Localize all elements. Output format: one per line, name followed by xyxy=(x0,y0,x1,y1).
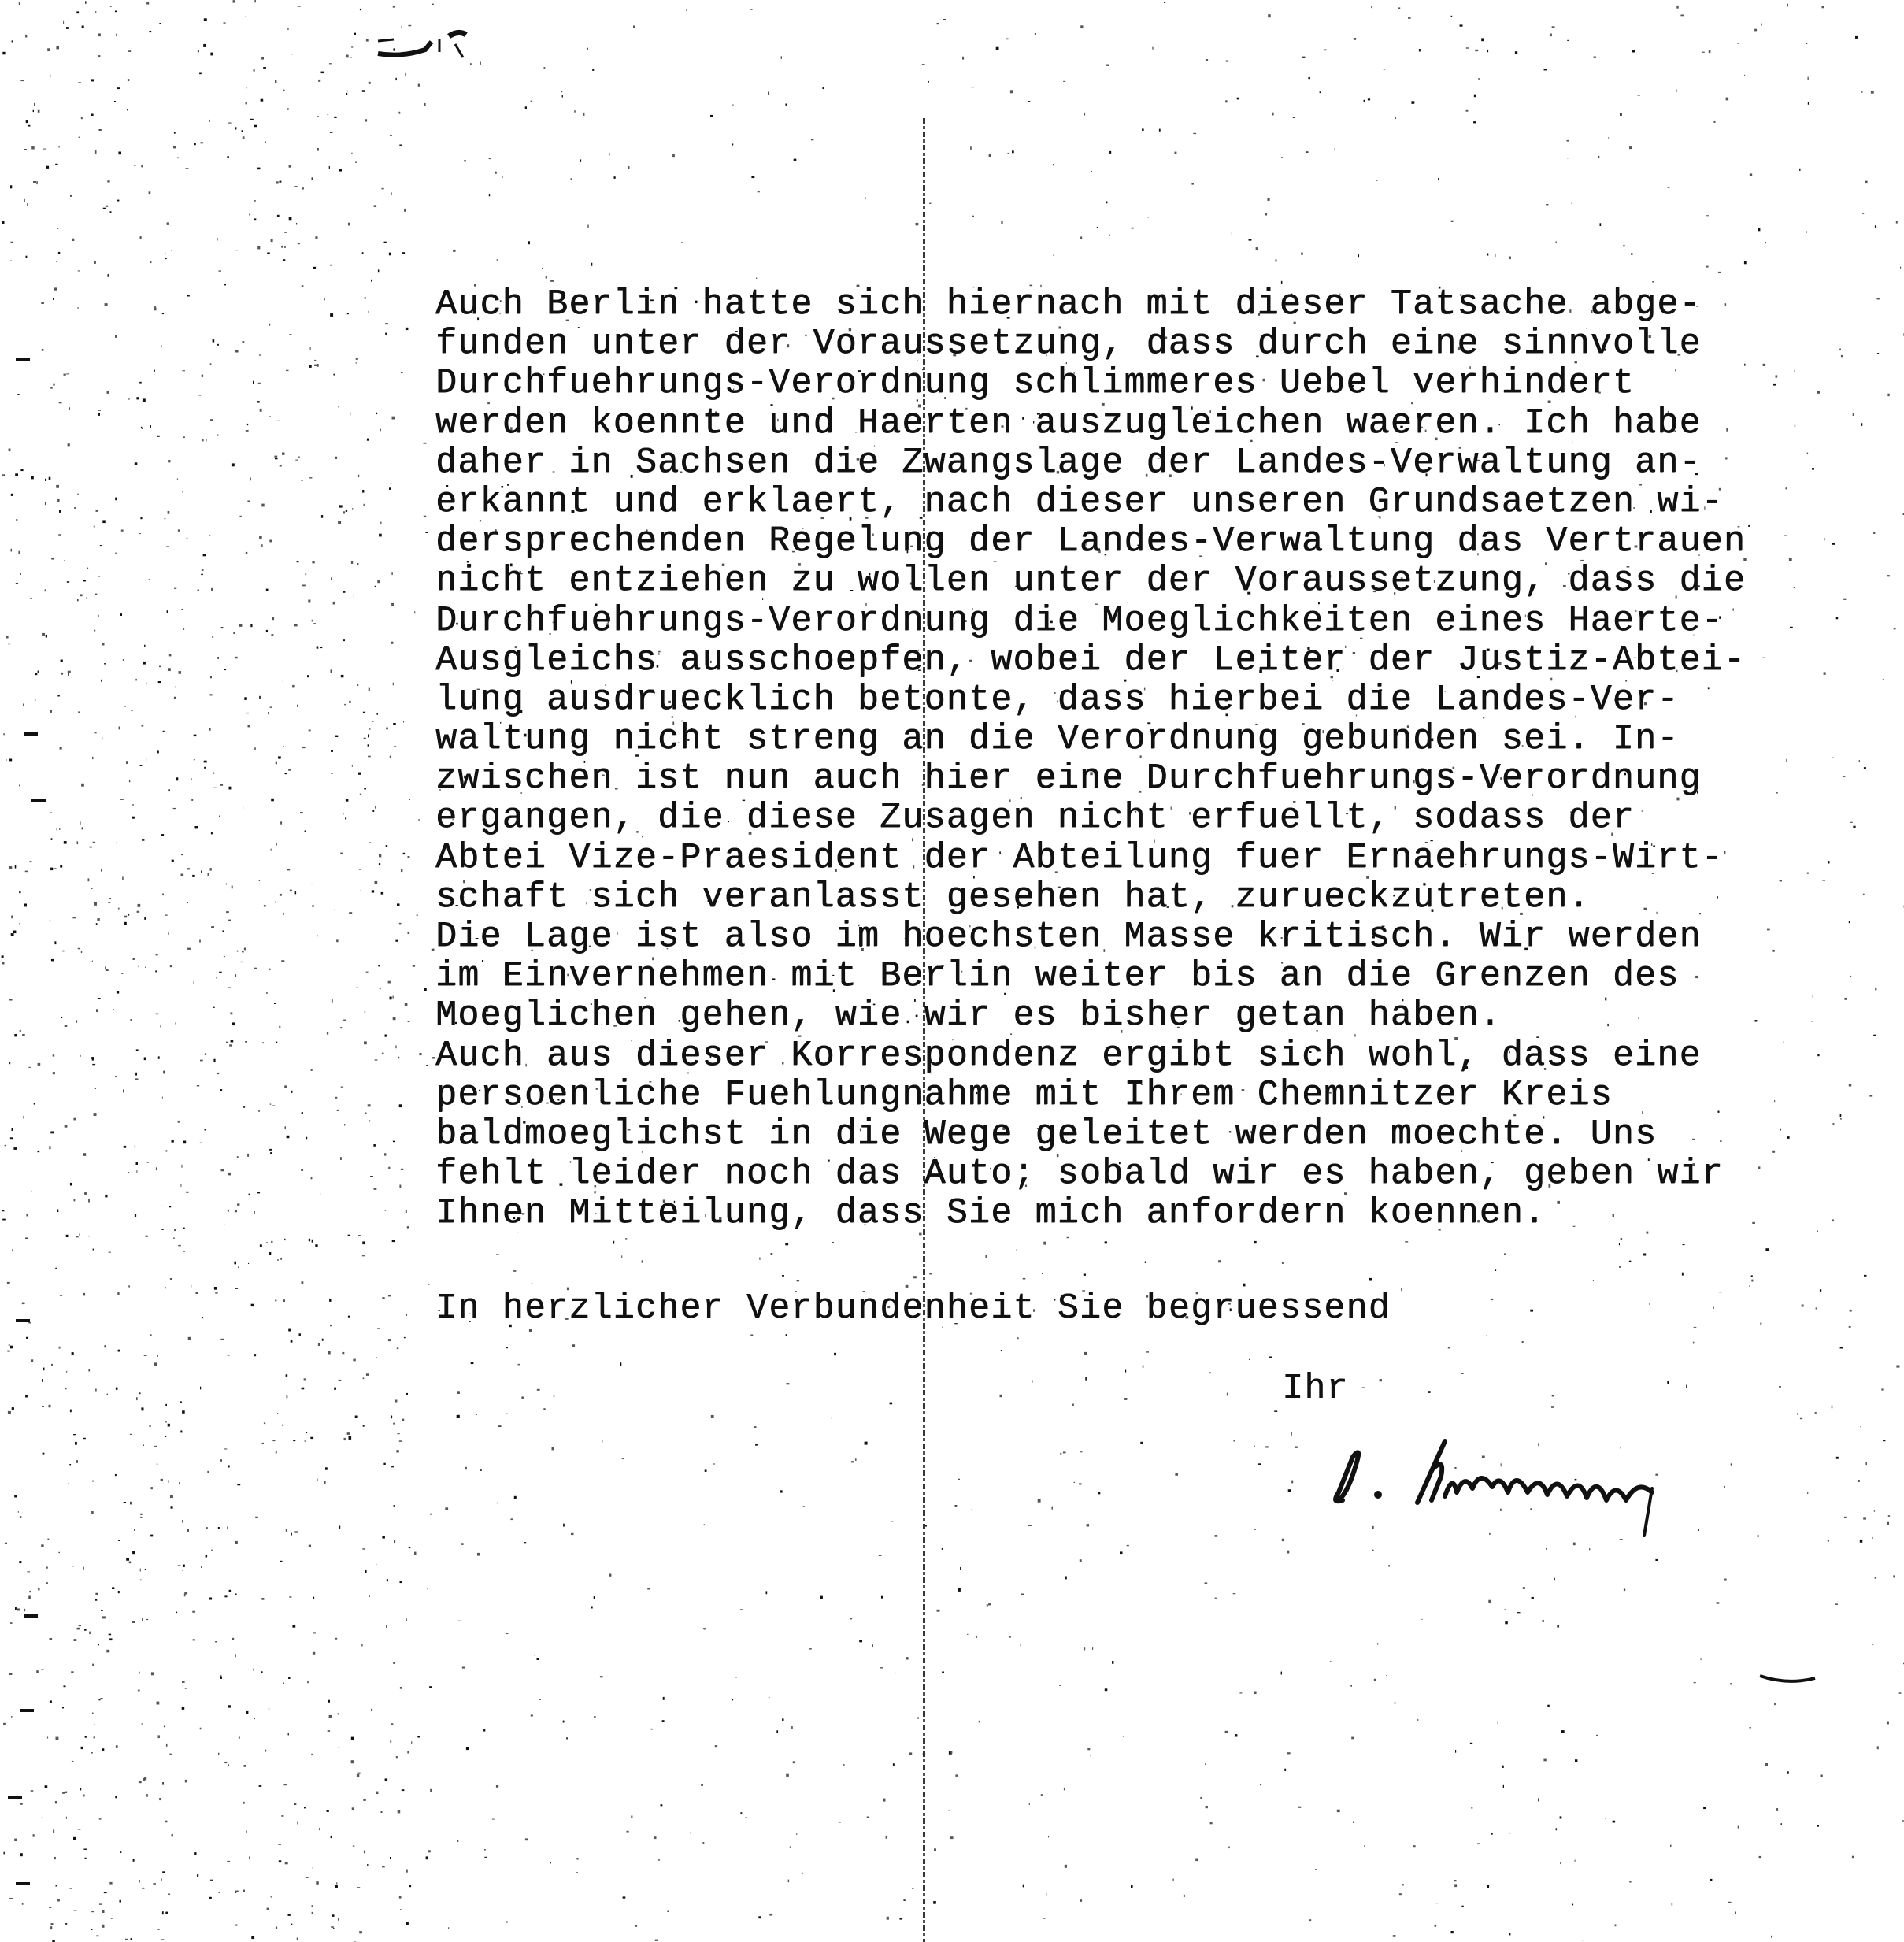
body-line: Durchfuehrungs-Verordnung die Moeglichke… xyxy=(435,602,1746,641)
handwritten-signature: D. Hickmann xyxy=(1307,1425,1732,1544)
body-line: funden unter der Voraussetzung, dass dur… xyxy=(435,324,1746,364)
body-line: Die Lage ist also im hoechsten Masse kri… xyxy=(435,917,1746,957)
body-line: werden koennte und Haerten auszugleichen… xyxy=(435,404,1746,443)
valediction: Ihr xyxy=(1282,1369,1349,1409)
header-stamp-mark xyxy=(370,14,512,61)
body-line: nicht entziehen zu wollen unter der Vora… xyxy=(435,561,1746,601)
body-line: Moeglichen gehen, wie wir es bisher geta… xyxy=(435,996,1746,1036)
body-line: fehlt leider noch das Auto; sobald wir e… xyxy=(435,1154,1746,1194)
body-line: dersprechenden Regelung der Landes-Verwa… xyxy=(435,522,1746,561)
body-line: Durchfuehrungs-Verordnung schlimmeres Ue… xyxy=(435,364,1746,403)
body-line: persoenliche Fuehlungnahme mit Ihrem Che… xyxy=(435,1076,1746,1115)
body-line: erkannt und erklaert, nach dieser unsere… xyxy=(435,483,1746,522)
document-page: Auch Berlin hatte sich hiernach mit dies… xyxy=(0,0,1904,1942)
body-line: im Einvernehmen mit Berlin weiter bis an… xyxy=(435,957,1746,996)
body-line: lung ausdruecklich betonte, dass hierbei… xyxy=(435,680,1746,720)
body-line: Auch aus dieser Korrespondenz ergibt sic… xyxy=(435,1036,1746,1076)
body-line: Auch Berlin hatte sich hiernach mit dies… xyxy=(435,285,1746,324)
body-line: Abtei Vize-Praesident der Abteilung fuer… xyxy=(435,839,1746,878)
body-line: schaft sich veranlasst gesehen hat, zuru… xyxy=(435,878,1746,917)
letter-body: Auch Berlin hatte sich hiernach mit dies… xyxy=(435,285,1746,1234)
body-line: zwischen ist nun auch hier eine Durchfue… xyxy=(435,759,1746,799)
body-line: ergangen, die diese Zusagen nicht erfuel… xyxy=(435,799,1746,838)
body-line: waltung nicht streng an die Verordnung g… xyxy=(435,720,1746,759)
body-line: Ausgleichs ausschoepfen, wobei der Leite… xyxy=(435,641,1746,680)
body-line: Ihnen Mitteilung, dass Sie mich anforder… xyxy=(435,1194,1746,1233)
closing-salutation: In herzlicher Verbundenheit Sie begruess… xyxy=(435,1288,1391,1329)
body-line: daher in Sachsen die Zwangslage der Land… xyxy=(435,443,1746,483)
body-line: baldmoeglichst in die Wege geleitet werd… xyxy=(435,1115,1746,1154)
